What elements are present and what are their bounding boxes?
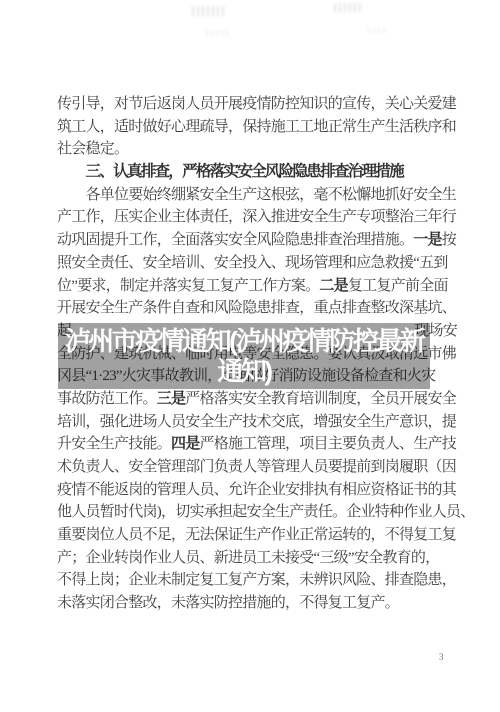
document-line: 产；企业转岗作业人员、新进员工未接受“三级”安全教育的，	[57, 547, 457, 570]
document-line: 各单位要始终绷紧安全生产这根弦，毫不松懈地抓好安全生	[57, 184, 457, 207]
text-run: 筑工人，适时做好心理疏导，保持施工工地正常生产生活秩序和	[57, 119, 456, 135]
title-overlay: 泸州市疫情通知(泸州疫情防控最新 通知)	[44, 326, 444, 386]
document-line: 筑工人，适时做好心理疏导，保持施工工地正常生产生活秩序和	[57, 116, 457, 139]
bold-run: 二是	[319, 278, 348, 294]
scan-smudge	[206, 30, 228, 36]
document-line: 传引导，对节后返岗人员开展疫情防控知识的宣传，关心关爱建	[57, 93, 457, 116]
document-line: 动巩固提升工作，全面落实安全风险隐患排查治理措施。一是按	[57, 229, 457, 252]
document-line: 事故防范工作。三是严格落实安全教育培训制度，全员开展安全	[57, 388, 457, 411]
text-run: 传引导，对节后返岗人员开展疫情防控知识的宣传，关心关爱建	[57, 96, 456, 112]
scan-smudge	[334, 3, 364, 12]
text-run: 未落实闭合整改，未落实防控措施的，不得复工复产。	[57, 595, 399, 611]
page-number: 3	[439, 652, 444, 662]
bold-run: 三是	[157, 391, 186, 407]
document-line: 重要岗位人员不足，无法保证生产作业正常运转的，不得复工复	[57, 524, 457, 547]
text-run: 各单位要始终绷紧安全生产这根弦，毫不松懈地抓好安全生	[86, 187, 457, 203]
text-run: 术负责人、安全管理部门负责人等管理人员要提前到岗履职（因	[57, 459, 456, 475]
scan-smudge	[192, 6, 224, 16]
text-run: 按	[442, 232, 456, 248]
text-run: 照安全责任、安全培训、安全投入、现场管理和应急救援“五到	[57, 255, 448, 271]
text-run: 严格施工管理，项目主要负责人、生产技	[200, 436, 457, 452]
document-line: 位”要求，制定并落实复工复产工作方案。二是复工复产前全面	[57, 275, 457, 298]
document-line: 开展安全生产条件自查和风险隐患排查，重点排查整改深基坑、	[57, 297, 457, 320]
scan-smudge	[368, 28, 388, 33]
bold-run: 四是	[171, 436, 200, 452]
document-line: 产工作，压实企业主体责任，深入推进安全生产专项整治三年行	[57, 206, 457, 229]
document-line: 他人员暂时代岗)，切实承担起安全生产责任。企业特种作业人员、	[57, 501, 457, 524]
text-run: 不得上岗；企业未制定复工复产方案，未辨识风险、排查隐患，	[57, 572, 456, 588]
text-run: 培训，强化进场人员安全生产技术交底，增强安全生产意识，提	[57, 414, 456, 430]
document-line: 术负责人、安全管理部门负责人等管理人员要提前到岗履职（因	[57, 456, 457, 479]
text-run: 开展安全生产条件自查和风险隐患排查，重点排查整改深基坑、	[57, 300, 456, 316]
bold-run: 一是	[413, 232, 442, 248]
text-run: 他人员暂时代岗)，切实承担起安全生产责任。企业特种作业人员、	[57, 504, 475, 520]
text-run: 疫情不能返岗的管理人员、允许企业安排执有相应资格证书的其	[57, 482, 456, 498]
document-line: 培训，强化进场人员安全生产技术交底，增强安全生产意识，提	[57, 411, 457, 434]
section-heading: 三、认真排查，严格落实安全风险隐患排查治理措施	[57, 161, 457, 184]
text-run: 严格落实安全教育培训制度，全员开展安全	[185, 391, 456, 407]
document-line: 照安全责任、安全培训、安全投入、现场管理和应急救援“五到	[57, 252, 457, 275]
text-run: 复工复产前全面	[348, 278, 448, 294]
document-line: 不得上岗；企业未制定复工复产方案，未辨识风险、排查隐患，	[57, 569, 457, 592]
text-run: 升安全生产技能。	[57, 436, 171, 452]
text-run: 社会稳定。	[57, 141, 128, 157]
bold-run: 三、认真排查，严格落实安全风险隐患排查治理措施	[86, 163, 403, 180]
text-run: 产工作，压实企业主体责任，深入推进安全生产专项整治三年行	[57, 209, 456, 225]
document-line: 社会稳定。	[57, 138, 457, 161]
scanned-page: 传引导，对节后返岗人员开展疫情防控知识的宣传，关心关爱建筑工人，适时做好心理疏导…	[0, 0, 500, 712]
overlay-title-line1: 泸州市疫情通知(泸州疫情防控最新	[44, 326, 444, 356]
text-run: 重要岗位人员不足，无法保证生产作业正常运转的，不得复工复	[57, 527, 456, 543]
text-run: 位”要求，制定并落实复工复产工作方案。	[57, 278, 319, 294]
text-run: 事故防范工作。	[57, 391, 157, 407]
overlay-title-line2: 通知)	[44, 356, 444, 386]
document-line: 疫情不能返岗的管理人员、允许企业安排执有相应资格证书的其	[57, 479, 457, 502]
text-run: 产；企业转岗作业人员、新进员工未接受“三级”安全教育的，	[57, 550, 439, 566]
document-line: 升安全生产技能。四是严格施工管理，项目主要负责人、生产技	[57, 433, 457, 456]
document-line: 未落实闭合整改，未落实防控措施的，不得复工复产。	[57, 592, 457, 615]
text-run: 动巩固提升工作，全面落实安全风险隐患排查治理措施。	[57, 232, 413, 248]
